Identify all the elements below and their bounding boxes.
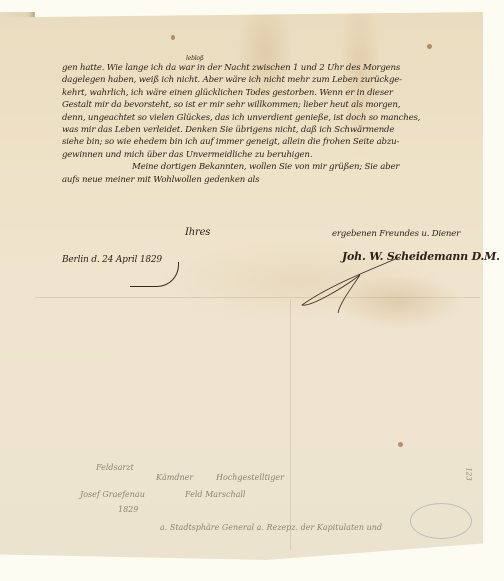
foxing-spot (398, 442, 403, 447)
archival-note: Feldsarzt (96, 463, 134, 472)
paper-crease-horizontal (35, 297, 480, 298)
archival-note: Feld Marschall (185, 490, 245, 499)
closing-word: Ihres (185, 227, 210, 238)
letter-line: gen hatte. Wie lange ich da war in der N… (62, 62, 482, 74)
letter-line: dagelegen haben, weiß ich nicht. Aber wä… (62, 74, 482, 86)
paper-crease-vertical (290, 300, 291, 550)
letter-line: Gestalt mir da bevorsteht, so ist er mir… (62, 99, 482, 111)
archival-note: 1829 (118, 505, 138, 514)
archival-margin-mark: 123 (465, 467, 473, 480)
letter-line: aufs neue meiner mit Wohlwollen gedenken… (62, 174, 482, 186)
letter-body: gen hatte. Wie lange ich da war in der N… (62, 62, 482, 186)
letter-line: was mir das Leben verleidet. Denken Sie … (62, 124, 482, 136)
complimentary-close: ergebenen Freundes u. Diener (332, 229, 460, 239)
letter-line: gewinnen und mich über das Unvermeidlich… (62, 149, 482, 161)
interlinear-insertion: lebloß (186, 55, 204, 62)
archival-note: Josef Graefenau (80, 490, 145, 499)
signature-flourish (300, 255, 410, 315)
archival-note: Kämdner (156, 473, 193, 482)
foxing-spot (427, 44, 432, 49)
archival-note: a. Stadtsphäre General a. Rezepz. der Ka… (160, 523, 382, 532)
letter-line: kehrt, wahrlich, ich wäre einen glücklic… (62, 87, 482, 99)
letter-line: denn, ungeachtet so vielen Glückes, das … (62, 112, 482, 124)
archival-note: Hochgestelltiger (216, 473, 284, 482)
archive-stamp (410, 503, 472, 539)
foxing-spot (171, 35, 175, 40)
letter-line: Meine dortigen Bekannten, wollen Sie von… (62, 161, 482, 173)
letter-line: siehe bin; so wie ehedem bin ich auf imm… (62, 136, 482, 148)
